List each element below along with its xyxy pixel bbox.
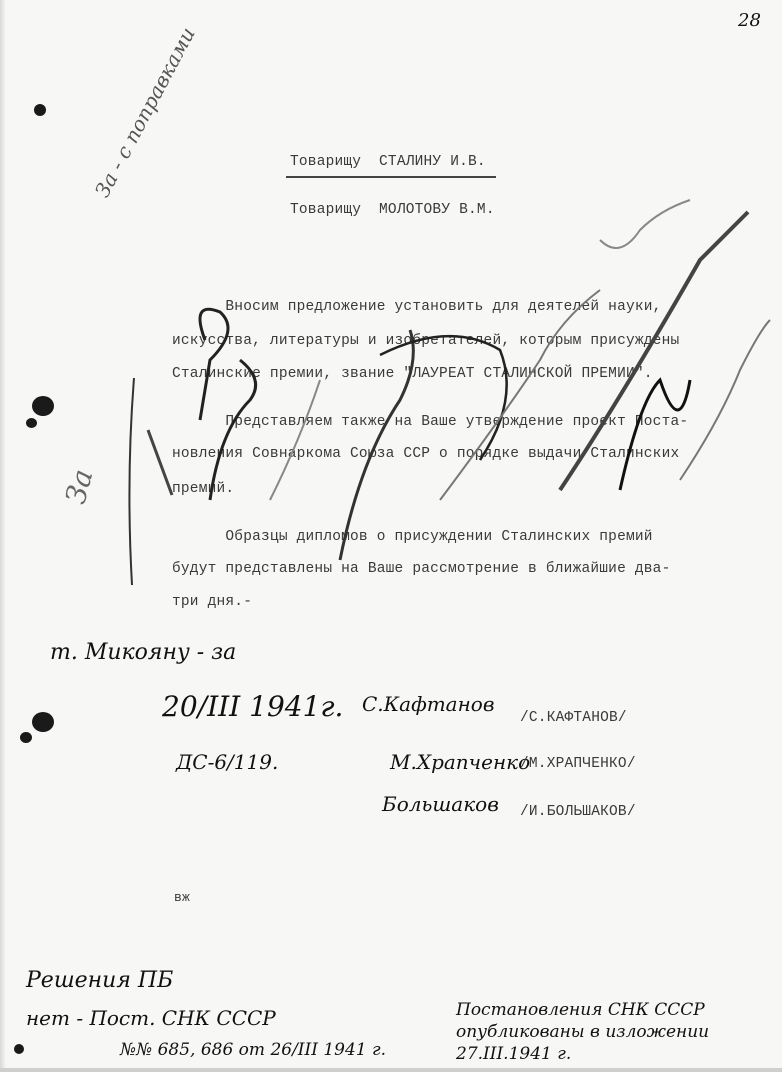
punch-hole	[20, 732, 32, 743]
typist-initials: вж	[174, 890, 190, 905]
body-line: новления Совнаркома Союза ССР о порядке …	[172, 446, 679, 462]
body-line: будут представлены на Ваше рассмотрение …	[172, 561, 670, 577]
signature-bolshakov: Большаков	[382, 792, 499, 816]
typed-name-khrapchenko: /М.ХРАПЧЕНКО/	[520, 756, 636, 772]
body-line: Образцы дипломов о присуждении Сталински…	[172, 529, 653, 545]
scan-edge-left	[0, 0, 6, 1072]
body-line: три дня.-	[172, 594, 252, 610]
margin-note-mikoyan: т. Микояну - за	[50, 640, 236, 665]
page-number: 28	[738, 10, 761, 31]
body-line: Сталинские премии, звание "ЛАУРЕАТ СТАЛИ…	[172, 366, 653, 382]
punch-hole	[34, 104, 46, 116]
typed-name-kaftanov: /С.КАФТАНОВ/	[520, 710, 627, 726]
bottom-left-note-line: нет - Пост. СНК СССР	[26, 1006, 276, 1030]
handwritten-date: 20/III 1941г.	[162, 690, 343, 723]
bottom-right-note-line: Постановления СНК СССР	[456, 1000, 705, 1020]
document-page: 28 Товарищу СТАЛИНУ И.В. Товарищу МОЛОТО…	[0, 0, 782, 1072]
signature-khrapchenko: М.Храпченко	[390, 750, 530, 774]
scan-edge-bottom	[0, 1068, 782, 1072]
bottom-left-note-line: Решения ПБ	[26, 968, 173, 993]
margin-note-diagonal: За - с поправками	[90, 23, 200, 201]
typed-name-bolshakov: /И.БОЛЬШАКОВ/	[520, 804, 636, 820]
bottom-right-note-line: 27.III.1941 г.	[456, 1044, 571, 1064]
body-line: премий.	[172, 481, 234, 497]
punch-hole	[26, 418, 37, 428]
body-line: Представляем также на Ваше утверждение п…	[172, 414, 688, 430]
addressee-underline	[286, 176, 496, 178]
body-line: искусства, литературы и изобретателей, к…	[172, 333, 679, 349]
punch-hole	[32, 712, 54, 732]
bottom-left-note-line: №№ 685, 686 от 26/III 1941 г.	[120, 1040, 386, 1060]
reference-number: ДС-6/119.	[176, 750, 278, 774]
addressee-stalin: Товарищу СТАЛИНУ И.В.	[290, 154, 486, 170]
punch-hole	[32, 396, 54, 416]
signature-kaftanov: С.Кафтанов	[362, 692, 494, 716]
punch-hole	[14, 1044, 24, 1054]
bottom-right-note-line: опубликованы в изложении	[456, 1022, 709, 1042]
body-line: Вносим предложение установить для деятел…	[172, 299, 662, 315]
margin-note-za: За	[59, 466, 100, 508]
addressee-molotov: Товарищу МОЛОТОВУ В.М.	[290, 202, 495, 218]
